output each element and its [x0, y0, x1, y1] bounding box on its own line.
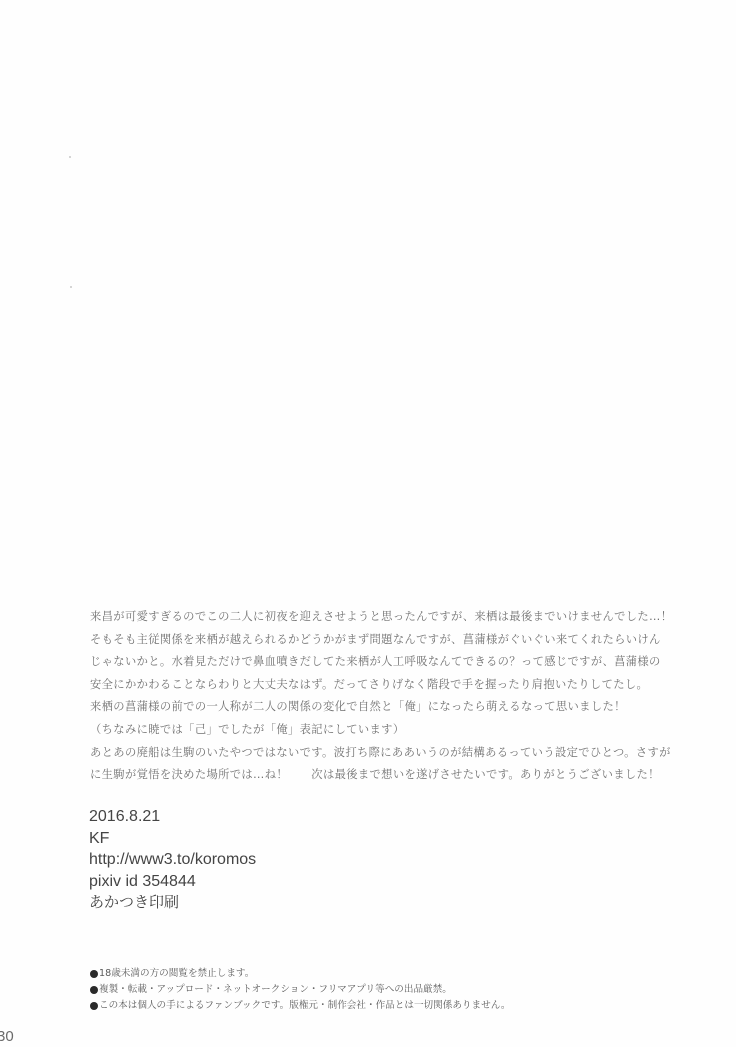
pixiv-id: pixiv id 354844 — [89, 871, 256, 893]
afterword-line: じゃないかと。水着見ただけで鼻血噴きだしてた来栖が人工呼吸なんてできるの？って感… — [90, 651, 710, 674]
bullet-icon — [90, 970, 98, 978]
afterword-line: 来栖の菖蒲様の前での一人称が二人の関係の変化で自然と「俺」になったら萌えるなって… — [90, 696, 710, 719]
publication-date: 2016.8.21 — [89, 806, 256, 828]
notice-text: 複製・転載・アップロード・ネットオークション・フリマアプリ等への出品厳禁。 — [99, 982, 452, 998]
bullet-icon — [90, 986, 98, 994]
website-url: http://www3.to/koromos — [89, 849, 256, 871]
circle-name: KF — [89, 828, 256, 850]
bullet-icon — [90, 1002, 98, 1010]
page-number: 30 — [0, 1028, 14, 1045]
notice-age-restriction: 18歳未満の方の閲覧を禁止します。 — [90, 966, 510, 982]
notice-text: 18歳未満の方の閲覧を禁止します。 — [99, 966, 254, 982]
afterword-line: あとあの廃船は生駒のいたやつではないです。波打ち際にああいうのが結構あるっていう… — [90, 742, 710, 765]
legal-notices: 18歳未満の方の閲覧を禁止します。 複製・転載・アップロード・ネットオークション… — [90, 966, 510, 1014]
paper-speck — [69, 156, 71, 158]
document-page: 来昌が可愛すぎるのでこの二人に初夜を迎えさせようと思ったんですが、来栖は最後まで… — [0, 0, 736, 1047]
paper-speck — [70, 286, 72, 288]
afterword-line: 来昌が可愛すぎるのでこの二人に初夜を迎えさせようと思ったんですが、来栖は最後まで… — [90, 606, 710, 629]
notice-text: この本は個人の手によるファンブックです。版権元・制作会社・作品とは一切関係ありま… — [99, 998, 510, 1014]
notice-no-reproduction: 複製・転載・アップロード・ネットオークション・フリマアプリ等への出品厳禁。 — [90, 982, 510, 998]
afterword-line: 安全にかかわることならわりと大丈夫なはず。だってさりげなく階段で手を握ったり肩抱… — [90, 674, 710, 697]
colophon: 2016.8.21 KF http://www3.to/koromos pixi… — [89, 806, 256, 914]
afterword-line: （ちなみに暁では「己」でしたが「俺」表記にしています） — [90, 719, 710, 742]
afterword-line: そもそも主従関係を来栖が越えられるかどうかがまず問題なんですが、菖蒲様がぐいぐい… — [90, 629, 710, 652]
notice-fan-work-disclaimer: この本は個人の手によるファンブックです。版権元・制作会社・作品とは一切関係ありま… — [90, 998, 510, 1014]
afterword-text: 来昌が可愛すぎるのでこの二人に初夜を迎えさせようと思ったんですが、来栖は最後まで… — [90, 606, 710, 787]
afterword-line: に生駒が覚悟を決めた場所では…ね！ 次は最後まで想いを遂げさせたいです。ありがと… — [90, 764, 710, 787]
printer-name: あかつき印刷 — [89, 892, 256, 914]
